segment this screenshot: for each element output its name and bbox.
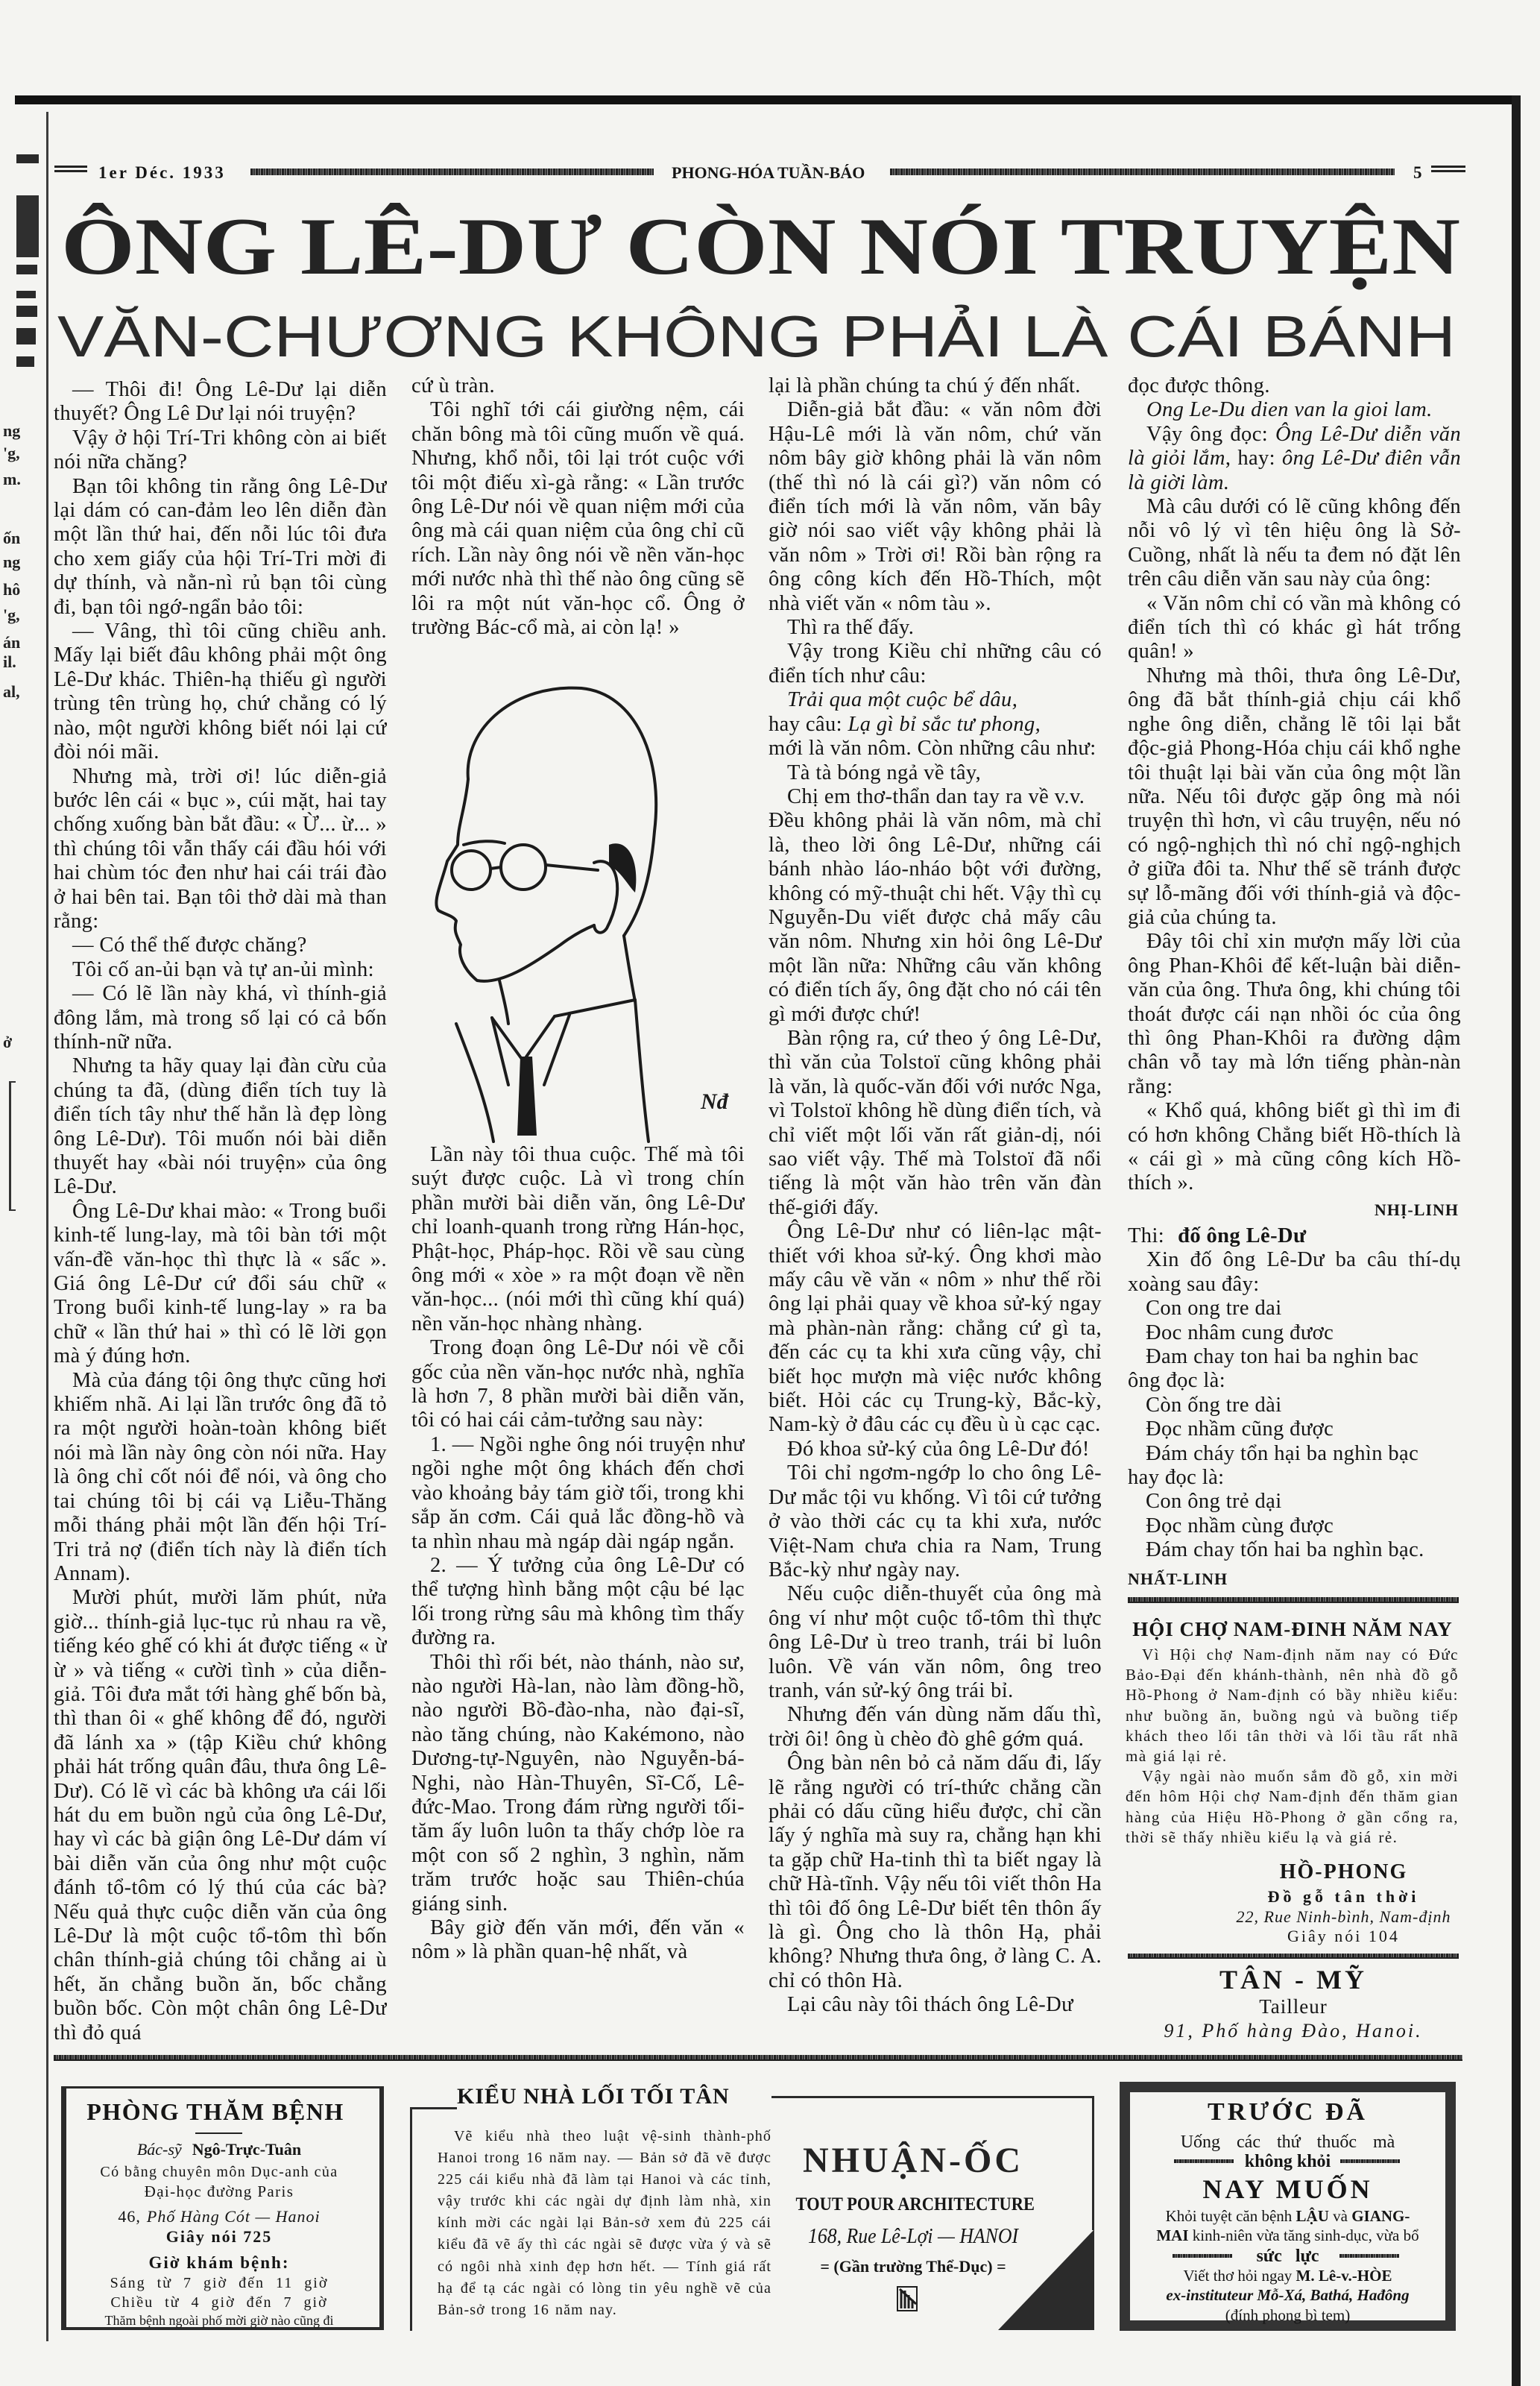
ad-clinic-title-underline <box>195 2132 242 2134</box>
paragraph: 1. — Ngồi nghe ông nói truyện như ngồi n… <box>411 1433 745 1554</box>
ad-clinic-phone: Giây nói 725 <box>66 2226 372 2248</box>
paragraph: Trong đoạn ông Lê-Dư nói về cỗi gốc của … <box>411 1336 745 1433</box>
subheadline: VĂN-CHƯƠNG KHÔNG PHẢI LÀ CÁI BÁNH <box>57 303 1456 369</box>
caricature-illustration: Nđ <box>411 667 744 1145</box>
paragraph-mixed: hay câu: Lạ gì bỉ sắc tư phong, <box>769 713 1102 737</box>
ad-paragraph: Vì Hội chợ Nam-định năm nay có Đức Bảo-Đ… <box>1126 1645 1459 1766</box>
disease-name: GIANG- <box>1351 2207 1410 2225</box>
poem-title: Thi:đố ông Lê-Dư <box>1128 1224 1461 1248</box>
paragraph: Nhưng mà, trời ơi! lúc diễn-giả bước lên… <box>54 765 387 934</box>
ad-truoc-da-note: (đính phong bì tem) <box>1130 2305 1445 2326</box>
verse-line: Đoc nhâm cung đươc <box>1128 1321 1461 1345</box>
left-border-rule <box>46 112 48 2341</box>
ad-ho-phong-address: 22, Rue Ninh-bình, Nam-định <box>1230 1907 1457 1927</box>
reading-label: ông đọc là: <box>1128 1369 1461 1393</box>
paragraph: Nhưng mà thôi, thưa ông Lê-Dư, ông đã bắ… <box>1128 664 1461 930</box>
article-column-3: lại là phần chúng ta chú ý đến nhất. Diễ… <box>769 374 1102 2043</box>
headline: ÔNG LÊ-DƯ CÒN NÓI TRUYỆN <box>61 201 1460 292</box>
paragraph: Nhưng ta hãy quay lại đàn cừu của chúng … <box>54 1054 387 1199</box>
ad-clinic-title: PHÒNG THĂM BỆNH <box>66 2097 365 2127</box>
article-byline: NHỊ-LINH <box>1375 1199 1459 1221</box>
paragraph: Vậy ở hội Trí-Tri không còn ai biết nói … <box>54 426 387 475</box>
paragraph: — Có lẽ lần này khá, vì thính-giả đông l… <box>54 982 387 1054</box>
newspaper-page: ng 'g, m. ốn ng hô 'g, án il. al, ở 1er … <box>0 0 1540 2386</box>
lead-text: Vậy ông đọc: <box>1146 423 1275 446</box>
ad-kieu-nha-title: KIỂU NHÀ LỐI TỐI TÂN <box>457 2083 730 2111</box>
ad-side-rule <box>1339 2254 1399 2258</box>
paragraph: Đây tôi chỉ xin mượn mấy lời của ông Pha… <box>1128 930 1461 1099</box>
ad-paragraph: Vẽ kiểu nhà theo luật vệ-sinh thành-phố … <box>438 2126 771 2321</box>
margin-fragment: ốn <box>3 529 20 547</box>
paragraph: Diễn-giả bắt đầu: « văn nôm đời Hậu-Lê m… <box>769 398 1102 616</box>
ad-nhuan-oc-brand: NHUẬN-ỐC <box>783 2138 1044 2183</box>
paragraph-continued: đọc được thông. <box>1128 374 1461 398</box>
verse-line: Đọc nhầm cũng được <box>1128 1417 1461 1441</box>
paragraph: « Văn nôm chỉ có vần mà không có điển tí… <box>1128 592 1461 664</box>
text: và <box>1329 2207 1351 2225</box>
headline-block: ÔNG LÊ-DƯ CÒN NÓI TRUYỆN VĂN-CHƯƠNG KHÔN… <box>0 0 1540 373</box>
ad-paragraph: Vậy ngài nào muốn sắm đồ gỗ, xin mời đến… <box>1126 1766 1459 1848</box>
lead-text: hay câu: <box>769 713 848 736</box>
paragraph: « Khổ quá, không biết gì thì im đi có hơ… <box>1128 1099 1461 1196</box>
ad-divider-rule <box>1128 1597 1459 1603</box>
address-number: 46, <box>118 2207 141 2226</box>
article-column-2-bottom: Lần này tôi thua cuộc. Thế mà tôi suýt đ… <box>411 1143 745 2038</box>
paragraph: Bạn tôi không tin rằng ông Lê-Dư lại dám… <box>54 475 387 620</box>
paragraph: — Có thể thế được chăng? <box>54 934 387 957</box>
doctor-title: Bác-sỹ <box>137 2140 182 2159</box>
ad-truoc-da-address: ex-instituteur Mỗ-Xá, Bathá, Hađông <box>1130 2285 1445 2305</box>
paragraph: Lần này tôi thua cuộc. Thế mà tôi suýt đ… <box>411 1143 745 1336</box>
article-column-2-top: cứ ù tràn. Tôi nghĩ tới cái giường nệm, … <box>411 374 745 665</box>
paragraph: Đó khoa sử-ký của ông Lê-Dư đó! <box>769 1438 1102 1461</box>
ad-clinic-hours: Sáng từ 7 giờ đến 11 giờ <box>66 2273 372 2294</box>
paragraph: — Thôi đi! Ông Lê-Dư lại diễn thuyết? Ôn… <box>54 378 387 426</box>
margin-fragment: al, <box>3 683 20 701</box>
article-column-4: đọc được thông. Ong Le-Du dien van la gi… <box>1128 374 1461 1221</box>
ad-kieu-nha-body: Vẽ kiểu nhà theo luật vệ-sinh thành-phố … <box>438 2126 771 2346</box>
margin-fragment: hô <box>3 581 20 599</box>
verse-line: Con ong tre dai <box>1128 1297 1461 1321</box>
right-page-edge <box>1512 95 1521 2386</box>
ad-ho-phong-tagline: Đồ gỗ tân thời <box>1230 1886 1457 1907</box>
ad-tan-my-name: TÂN - MỸ <box>1128 1964 1459 1995</box>
paragraph: Tôi cố an-ủi bạn và tự an-ủi mình: <box>54 958 387 982</box>
quoted-verse: Chị em thơ-thẩn dan tay ra về v.v. <box>769 785 1102 809</box>
eyebrow <box>464 841 505 845</box>
ad-truoc-da-contact: Viết thơ hỏi ngay M. Lê-v.-HÒE <box>1130 2265 1445 2286</box>
ad-truoc-da-headline: TRƯỚC ĐÃ <box>1130 2097 1445 2128</box>
page-bottom-rule <box>54 2055 1462 2061</box>
neck-back <box>624 936 635 1001</box>
verse-line: Đam chay ton hai ba nghin bac <box>1128 1345 1461 1369</box>
ad-clinic-address: 46,Phố Hàng Cót — Hanoi <box>66 2206 372 2228</box>
ad-nay-muon-headline: NAY MUỐN <box>1130 2173 1445 2206</box>
illustration-signature: Nđ <box>700 1089 730 1114</box>
ad-ho-phong-phone: Giây nói 104 <box>1230 1926 1457 1947</box>
poem-section: Thi:đố ông Lê-Dư Xin đố ông Lê-Dư ba câu… <box>1128 1224 1461 1597</box>
ad-clinic-doctor: Bác-sỹNgô-Trực-Tuân <box>66 2139 372 2160</box>
glasses-lens-right <box>501 845 546 890</box>
head-outline <box>468 688 657 936</box>
contact-name: M. Lê-v.-HÒE <box>1296 2267 1392 2285</box>
paragraph: Ông bàn nên bỏ cả năm dấu đi, lấy lẽ rằn… <box>769 1751 1102 1993</box>
ad-truoc-da-line: Khỏi tuyệt căn bệnh LẬU và GIANG- <box>1130 2206 1445 2226</box>
poem-title-text: đố ông Lê-Dư <box>1178 1224 1306 1247</box>
paragraph: Mà của đáng tội ông thực cũng hơi khiếm … <box>54 1369 387 1587</box>
ad-kieu-nha-border-right <box>1092 2096 1094 2230</box>
paragraph: Tôi nghĩ tới cái giường nệm, cái chăn bô… <box>411 398 745 640</box>
ad-hoi-cho-title: HỘI CHỢ NAM-ĐINH NĂM NAY <box>1124 1617 1461 1642</box>
ad-clinic-credential: Có bằng chuyên môn Dục-anh của <box>66 2162 372 2182</box>
paragraph: Tôi chỉ ngơm-ngớp lo cho ông Lê-Dư mắc t… <box>769 1461 1102 1582</box>
doctor-name: Ngô-Trực-Tuân <box>192 2140 301 2159</box>
paragraph: Mười phút, mười lăm phút, nửa giờ... thí… <box>54 1586 387 2045</box>
glasses-lens-left <box>452 851 490 890</box>
ear <box>594 861 617 933</box>
paragraph: Ông Lê-Dư khai mào: « Trong buổi kinh-tế… <box>54 1200 387 1369</box>
margin-fragment: 'g, <box>3 606 20 624</box>
ad-nhuan-oc-landmark: = (Gần trường Thể-Dục) = <box>783 2256 1044 2278</box>
text: Viết thơ hỏi ngay <box>1184 2267 1296 2285</box>
article-column-1: — Thôi đi! Ông Lê-Dư lại diễn thuyết? Ôn… <box>54 378 387 2047</box>
paragraph: Vậy trong Kiều chỉ những câu có điển tíc… <box>769 640 1102 688</box>
ad-nhuan-oc-address: 168, Rue Lê-Lợi — HANOI <box>793 2224 1033 2250</box>
reading-label: hay đọc là: <box>1128 1466 1461 1490</box>
paragraph: Mà câu dưới có lẽ cũng không đến nỗi vô … <box>1128 495 1461 592</box>
ad-clinic-house-calls: Thăm bệnh ngoài phố mời giờ nào cũng đi <box>66 2311 372 2330</box>
verse-line: Con ông trẻ dại <box>1128 1490 1461 1514</box>
paragraph: — Vâng, thì tôi cũng chiều anh. Mấy lại … <box>54 620 387 764</box>
margin-fragment: ng <box>3 553 20 571</box>
margin-fragment: án <box>3 634 20 652</box>
paragraph: Đều không phải là văn nôm, mà chỉ là, th… <box>769 809 1102 1027</box>
text: Khỏi tuyệt căn bệnh <box>1166 2207 1296 2225</box>
verse-line: Đám chay tốn hai ba nghìn bạc. <box>1128 1538 1461 1562</box>
paragraph: Thôi thì rối bét, nào thánh, nào sư, nào… <box>411 1651 745 1916</box>
margin-bracket-mark <box>9 1081 16 1211</box>
paragraph: 2. — Ý tưởng của ông Lê-Dư có thể tượng … <box>411 1554 745 1651</box>
address-street: Phố Hàng Cót — Hanoi <box>147 2207 321 2226</box>
ad-kieu-nha-border-left <box>410 2107 412 2331</box>
poem-title-prefix: Thi: <box>1128 1224 1164 1247</box>
quoted-verse: Tà tà bóng ngả về tây, <box>769 761 1102 785</box>
ad-hoi-cho-body: Vì Hội chợ Nam-định năm nay có Đức Bảo-Đ… <box>1126 1645 1459 1869</box>
poem-intro: Xin đố ông Lê-Dư ba câu thí-dụ xoàng sau… <box>1128 1248 1461 1297</box>
paragraph: Thì ra thế đấy. <box>769 616 1102 640</box>
verse-line: Đám cháy tổn hại ba nghìn bạc <box>1128 1442 1461 1466</box>
quoted-verse: Lạ gì bỉ sắc tư phong, <box>848 713 1041 736</box>
margin-fragment: 'g, <box>3 444 20 462</box>
neck-front <box>499 980 508 1024</box>
margin-fragment: ng <box>3 422 20 440</box>
paragraph: Ông Lê-Dư như có liên-lạc mật-thiết với … <box>769 1220 1102 1438</box>
ad-side-rule <box>1340 2159 1400 2163</box>
ad-clinic-credential: Đại-học đường Paris <box>66 2181 372 2202</box>
disease-name: MAI <box>1156 2226 1188 2244</box>
ad-kieu-nha-border-top-right <box>771 2096 1094 2098</box>
ad-kieu-nha-border-top-left <box>410 2107 457 2109</box>
text: kinh-niên vừa tăng sinh-dục, vừa bổ <box>1189 2226 1419 2244</box>
ad-nhuan-oc-slogan: TOUT POUR ARCHITECTURE <box>796 2193 1031 2217</box>
paragraph-mixed: Vậy ông đọc: Ông Lê-Dư diễn văn là giỏi … <box>1128 423 1461 495</box>
margin-fragment: il. <box>3 653 16 671</box>
paragraph-continued: cứ ù tràn. <box>411 374 745 398</box>
paragraph: Bây giờ đến văn mới, đến văn « nôm » là … <box>411 1916 745 1965</box>
margin-fragment: ở <box>3 1033 12 1051</box>
unaccented-example: Ong Le-Du dien van la gioi lam. <box>1128 398 1461 422</box>
face-profile <box>436 779 594 981</box>
paragraph: Bàn rộng ra, cứ theo ý ông Lê-Dư, thì vă… <box>769 1027 1102 1220</box>
ad-divider-rule <box>1128 1954 1459 1959</box>
verse-line: Đọc nhầm cùng được <box>1128 1514 1461 1538</box>
ad-clinic-hours: Chiều từ 4 giờ đến 7 giờ <box>66 2292 372 2313</box>
ad-tan-my-trade: Tailleur <box>1128 1994 1459 2019</box>
paragraph: Nhưng đến ván dùng năm dấu thì, trời ôi!… <box>769 1703 1102 1751</box>
ad-ho-phong-brand: HỒ-PHONG <box>1230 1860 1457 1884</box>
disease-name: LẬU <box>1296 2207 1329 2225</box>
architecture-logo-icon <box>897 2286 918 2311</box>
paragraph: mới là văn nôm. Còn những câu như: <box>769 737 1102 761</box>
paragraph: Nếu cuộc diễn-thuyết của ông mà ông ví n… <box>769 1582 1102 1703</box>
paragraph: Lại câu này tôi thách ông Lê-Dư <box>769 1993 1102 2017</box>
margin-fragment: m. <box>3 470 21 488</box>
ad-clinic-hours-label: Giờ khám bệnh: <box>66 2252 372 2274</box>
paragraph-continued: lại là phần chúng ta chú ý đến nhất. <box>769 374 1102 398</box>
verse-line: Còn ống tre dài <box>1128 1394 1461 1417</box>
poem-byline: NHẤT-LINH <box>1128 1567 1461 1591</box>
necktie <box>517 1057 537 1136</box>
separator-text: , hay: <box>1225 447 1282 470</box>
ad-tan-my-address: 91, Phố hàng Đào, Hanoi. <box>1128 2019 1459 2043</box>
quoted-verse: Trải qua một cuộc bể dâu, <box>769 688 1102 712</box>
ad-truoc-da-line: MAI kinh-niên vừa tăng sinh-dục, vừa bổ <box>1130 2225 1445 2246</box>
